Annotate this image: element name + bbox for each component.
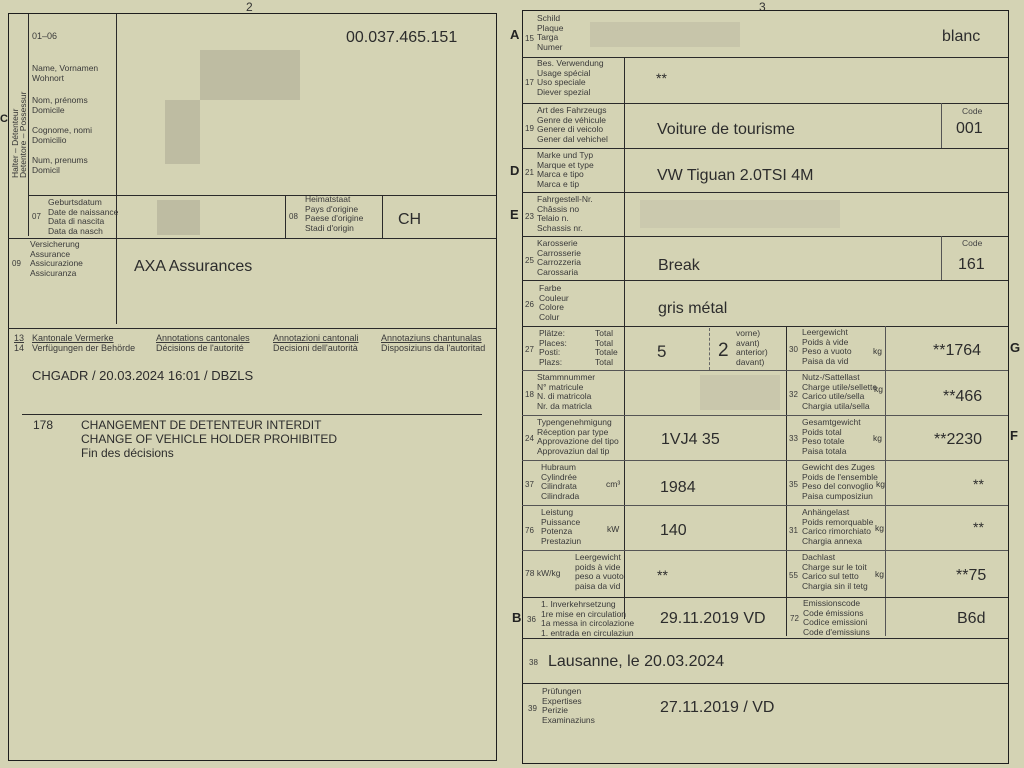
displacement-label: HubraumCylindréeCilindrataCilindrada: [541, 463, 579, 501]
field-number-33: 33: [789, 434, 798, 443]
divider: [709, 328, 710, 370]
divider: [941, 103, 942, 148]
birthdate-label: Geburtsdatum Date de naissance Data di n…: [48, 198, 118, 236]
power-ratio-value: **: [657, 567, 668, 583]
plate-value: blanc: [942, 28, 980, 46]
field-number-38: 38: [529, 658, 538, 667]
field-number-19: 19: [525, 124, 534, 133]
field-number-76: 76: [525, 526, 534, 535]
origin-value: CH: [398, 211, 421, 229]
annotation-header-it: Annotazioni cantonaliDecisioni dell'auto…: [273, 333, 359, 353]
divider: [522, 148, 1008, 149]
holder-field-range: 01–06: [32, 32, 57, 42]
holder-label-fr: Nom, prénomsDomicile: [32, 96, 88, 115]
side-letter-a: A: [510, 27, 519, 42]
special-use-label: Bes. VerwendungUsage spécialUso speciale…: [537, 59, 604, 97]
empty-weight-unit: kg: [873, 346, 882, 356]
birthdate-redacted: [157, 200, 200, 235]
plate-label: SchildPlaqueTargaNumer: [537, 14, 563, 52]
displacement-value: 1984: [660, 479, 696, 497]
divider: [522, 370, 1008, 371]
color-value: gris métal: [658, 300, 727, 318]
divider: [522, 460, 1008, 461]
trailer-load-unit: kg: [875, 523, 884, 533]
divider: [624, 57, 625, 619]
body-value: Break: [658, 257, 700, 275]
annotation-header-fr: Annotations cantonalesDécisions de l'aut…: [156, 333, 250, 353]
power-ratio-number-unit: 78 kW/kg: [525, 569, 560, 579]
side-letter-g: G: [1010, 340, 1020, 355]
field-number-23: 23: [525, 212, 534, 221]
chassis-label: Fahrgestell-Nr.Châssis noTelaio n.Schass…: [537, 195, 593, 233]
side-letter-f: F: [1010, 428, 1018, 443]
power-unit: kW: [607, 524, 619, 534]
first-registration-value: 29.11.2019 VD: [660, 610, 766, 628]
holder-label-de: Name, VornamenWohnort: [32, 64, 98, 83]
field-number-18: 18: [525, 390, 534, 399]
train-weight-value: **: [973, 476, 984, 492]
inspections-value: 27.11.2019 / VD: [660, 699, 774, 717]
divider: [522, 236, 1008, 237]
divider: [522, 103, 1008, 104]
train-weight-label: Gewicht des ZugesPoids de l'ensemblePeso…: [802, 463, 878, 501]
field-number-07: 07: [32, 212, 41, 221]
body-label: KarosserieCarrosserieCarrozzeriaCarossar…: [537, 239, 581, 277]
holder-label-rm: Num, prenumsDomicil: [32, 156, 88, 175]
field-number-36: 36: [527, 615, 536, 624]
divider: [28, 14, 29, 236]
seats-total-value: 5: [657, 342, 666, 362]
vehicle-type-value: Voiture de tourisme: [657, 121, 795, 139]
holder-address-redacted: [165, 100, 200, 164]
divider: [382, 195, 383, 238]
roof-load-label: DachlastCharge sur le toitCarico sul tet…: [802, 553, 868, 591]
field-number-15: 15: [525, 34, 534, 43]
body-code-label: Code: [962, 238, 982, 248]
color-label: FarbeCouleurColoreColur: [539, 284, 569, 322]
inspections-label: PrüfungenExpertisesPerizieExaminaziuns: [542, 687, 595, 725]
field-number-24: 24: [525, 434, 534, 443]
annotation-header-de: Kantonale VermerkeVerfügungen der Behörd…: [32, 333, 135, 353]
train-weight-unit: kg: [876, 479, 885, 489]
registry-number-redacted: [700, 375, 780, 410]
empty-weight-value: **1764: [933, 342, 981, 360]
field-number-30: 30: [789, 345, 798, 354]
insurance-label: Versicherung Assurance Assicurazione Ass…: [30, 240, 83, 278]
type-approval-label: TypengenehmigungRéception par typeApprov…: [537, 418, 619, 456]
divider: [522, 683, 1008, 684]
type-approval-value: 1VJ4 35: [661, 431, 720, 449]
holder-name-redacted: [200, 50, 300, 100]
divider: [941, 236, 942, 280]
power-label: LeistungPuissancePotenzaPrestaziun: [541, 508, 581, 546]
divider: [522, 192, 1008, 193]
divider: [522, 415, 1008, 416]
roof-load-value: **75: [956, 567, 986, 585]
seats-label: Plätze:Places:Posti:Plazs:: [539, 329, 567, 367]
page-number-left: 2: [246, 0, 253, 14]
insurance-value: AXA Assurances: [134, 258, 252, 276]
displacement-unit: cm³: [606, 479, 620, 489]
body-code: 161: [958, 256, 985, 274]
field-number-17: 17: [525, 78, 534, 87]
annotation-numbers: 1314: [14, 333, 24, 353]
field-number-55: 55: [789, 571, 798, 580]
vehicle-type-label: Art des FahrzeugsGenre de véhiculeGenere…: [537, 106, 608, 144]
plate-number-redacted: [590, 22, 740, 47]
divider: [116, 14, 117, 324]
origin-label: Heimatstaat Pays d'origine Paese d'origi…: [305, 195, 363, 233]
field-number-39: 39: [528, 704, 537, 713]
divider: [786, 600, 787, 636]
seats-total-label: TotalTotalTotaleTotal: [595, 329, 618, 367]
field-number-37: 37: [525, 480, 534, 489]
trailer-load-value: **: [973, 519, 984, 535]
seats-front-label: vorne)avant)anterior)davant): [736, 329, 768, 367]
field-number-25: 25: [525, 256, 534, 265]
first-registration-label: 1. Inverkehrsetzung1re mise en circulati…: [541, 600, 634, 638]
divider: [522, 505, 1008, 506]
holder-vertical-label-2: Detentore – Possessur: [19, 92, 28, 178]
total-weight-label: GesamtgewichtPoids totalPeso totalePaisa…: [802, 418, 861, 456]
field-number-09: 09: [12, 259, 21, 268]
decision-code: 178: [33, 418, 53, 432]
power-ratio-label: Leergewichtpoids à videpeso a vuotopaisa…: [575, 553, 624, 591]
divider: [522, 550, 1008, 551]
side-letter-b: B: [512, 610, 521, 625]
divider: [522, 280, 1008, 281]
power-value: 140: [660, 522, 687, 540]
total-weight-value: **2230: [934, 431, 982, 449]
annotation-entry: CHGADR / 20.03.2024 16:01 / DBZLS: [32, 368, 253, 383]
emission-code-value: B6d: [957, 610, 985, 628]
divider: [786, 326, 787, 600]
side-letter-e: E: [510, 207, 519, 222]
document-number: 00.037.465.151: [346, 29, 457, 47]
field-number-21: 21: [525, 168, 534, 177]
divider: [522, 638, 1008, 639]
divider: [8, 238, 496, 239]
registry-number-label: StammnummerN° matriculeN. di matricolaNr…: [537, 373, 595, 411]
side-letter-c: C: [0, 113, 8, 125]
divider: [8, 328, 496, 329]
field-number-08: 08: [289, 212, 298, 221]
divider: [522, 597, 1008, 598]
divider: [22, 414, 482, 415]
field-number-35: 35: [789, 480, 798, 489]
chassis-redacted: [640, 200, 840, 228]
trailer-load-label: AnhängelastPoids remorquableCarico rimor…: [802, 508, 873, 546]
divider: [28, 195, 496, 196]
side-letter-d: D: [510, 163, 519, 178]
annotation-header-rm: Annotaziuns chantunalasDisposiziuns da l…: [381, 333, 485, 353]
payload-label: Nutz-/SattellastCharge utile/selletteCar…: [802, 373, 877, 411]
make-model-label: Marke und TypMarque et typeMarca e tipoM…: [537, 151, 594, 189]
emission-code-label: EmissionscodeCode émissionsCodice emissi…: [803, 599, 870, 637]
vehicle-type-code: 001: [956, 120, 983, 138]
payload-value: **466: [943, 388, 982, 406]
total-weight-unit: kg: [873, 433, 882, 443]
field-number-32: 32: [789, 390, 798, 399]
field-number-72: 72: [790, 614, 799, 623]
divider: [285, 195, 286, 238]
vehicle-type-code-label: Code: [962, 106, 982, 116]
field-number-31: 31: [789, 526, 798, 535]
decision-text: CHANGEMENT DE DETENTEUR INTERDIT CHANGE …: [81, 418, 337, 460]
make-model-value: VW Tiguan 2.0TSI 4M: [657, 167, 814, 185]
place-date-value: Lausanne, le 20.03.2024: [548, 653, 724, 671]
field-number-27: 27: [525, 345, 534, 354]
holder-label-it: Cognome, nomiDomicilio: [32, 126, 92, 145]
roof-load-unit: kg: [875, 569, 884, 579]
field-number-26: 26: [525, 300, 534, 309]
special-use-value: **: [656, 70, 667, 86]
seats-front-value: 2: [718, 340, 729, 362]
payload-unit: kg: [874, 384, 883, 394]
empty-weight-label: LeergewichtPoids à videPeso a vuotoPaisa…: [802, 328, 852, 366]
divider: [885, 326, 886, 636]
divider: [522, 326, 1008, 327]
